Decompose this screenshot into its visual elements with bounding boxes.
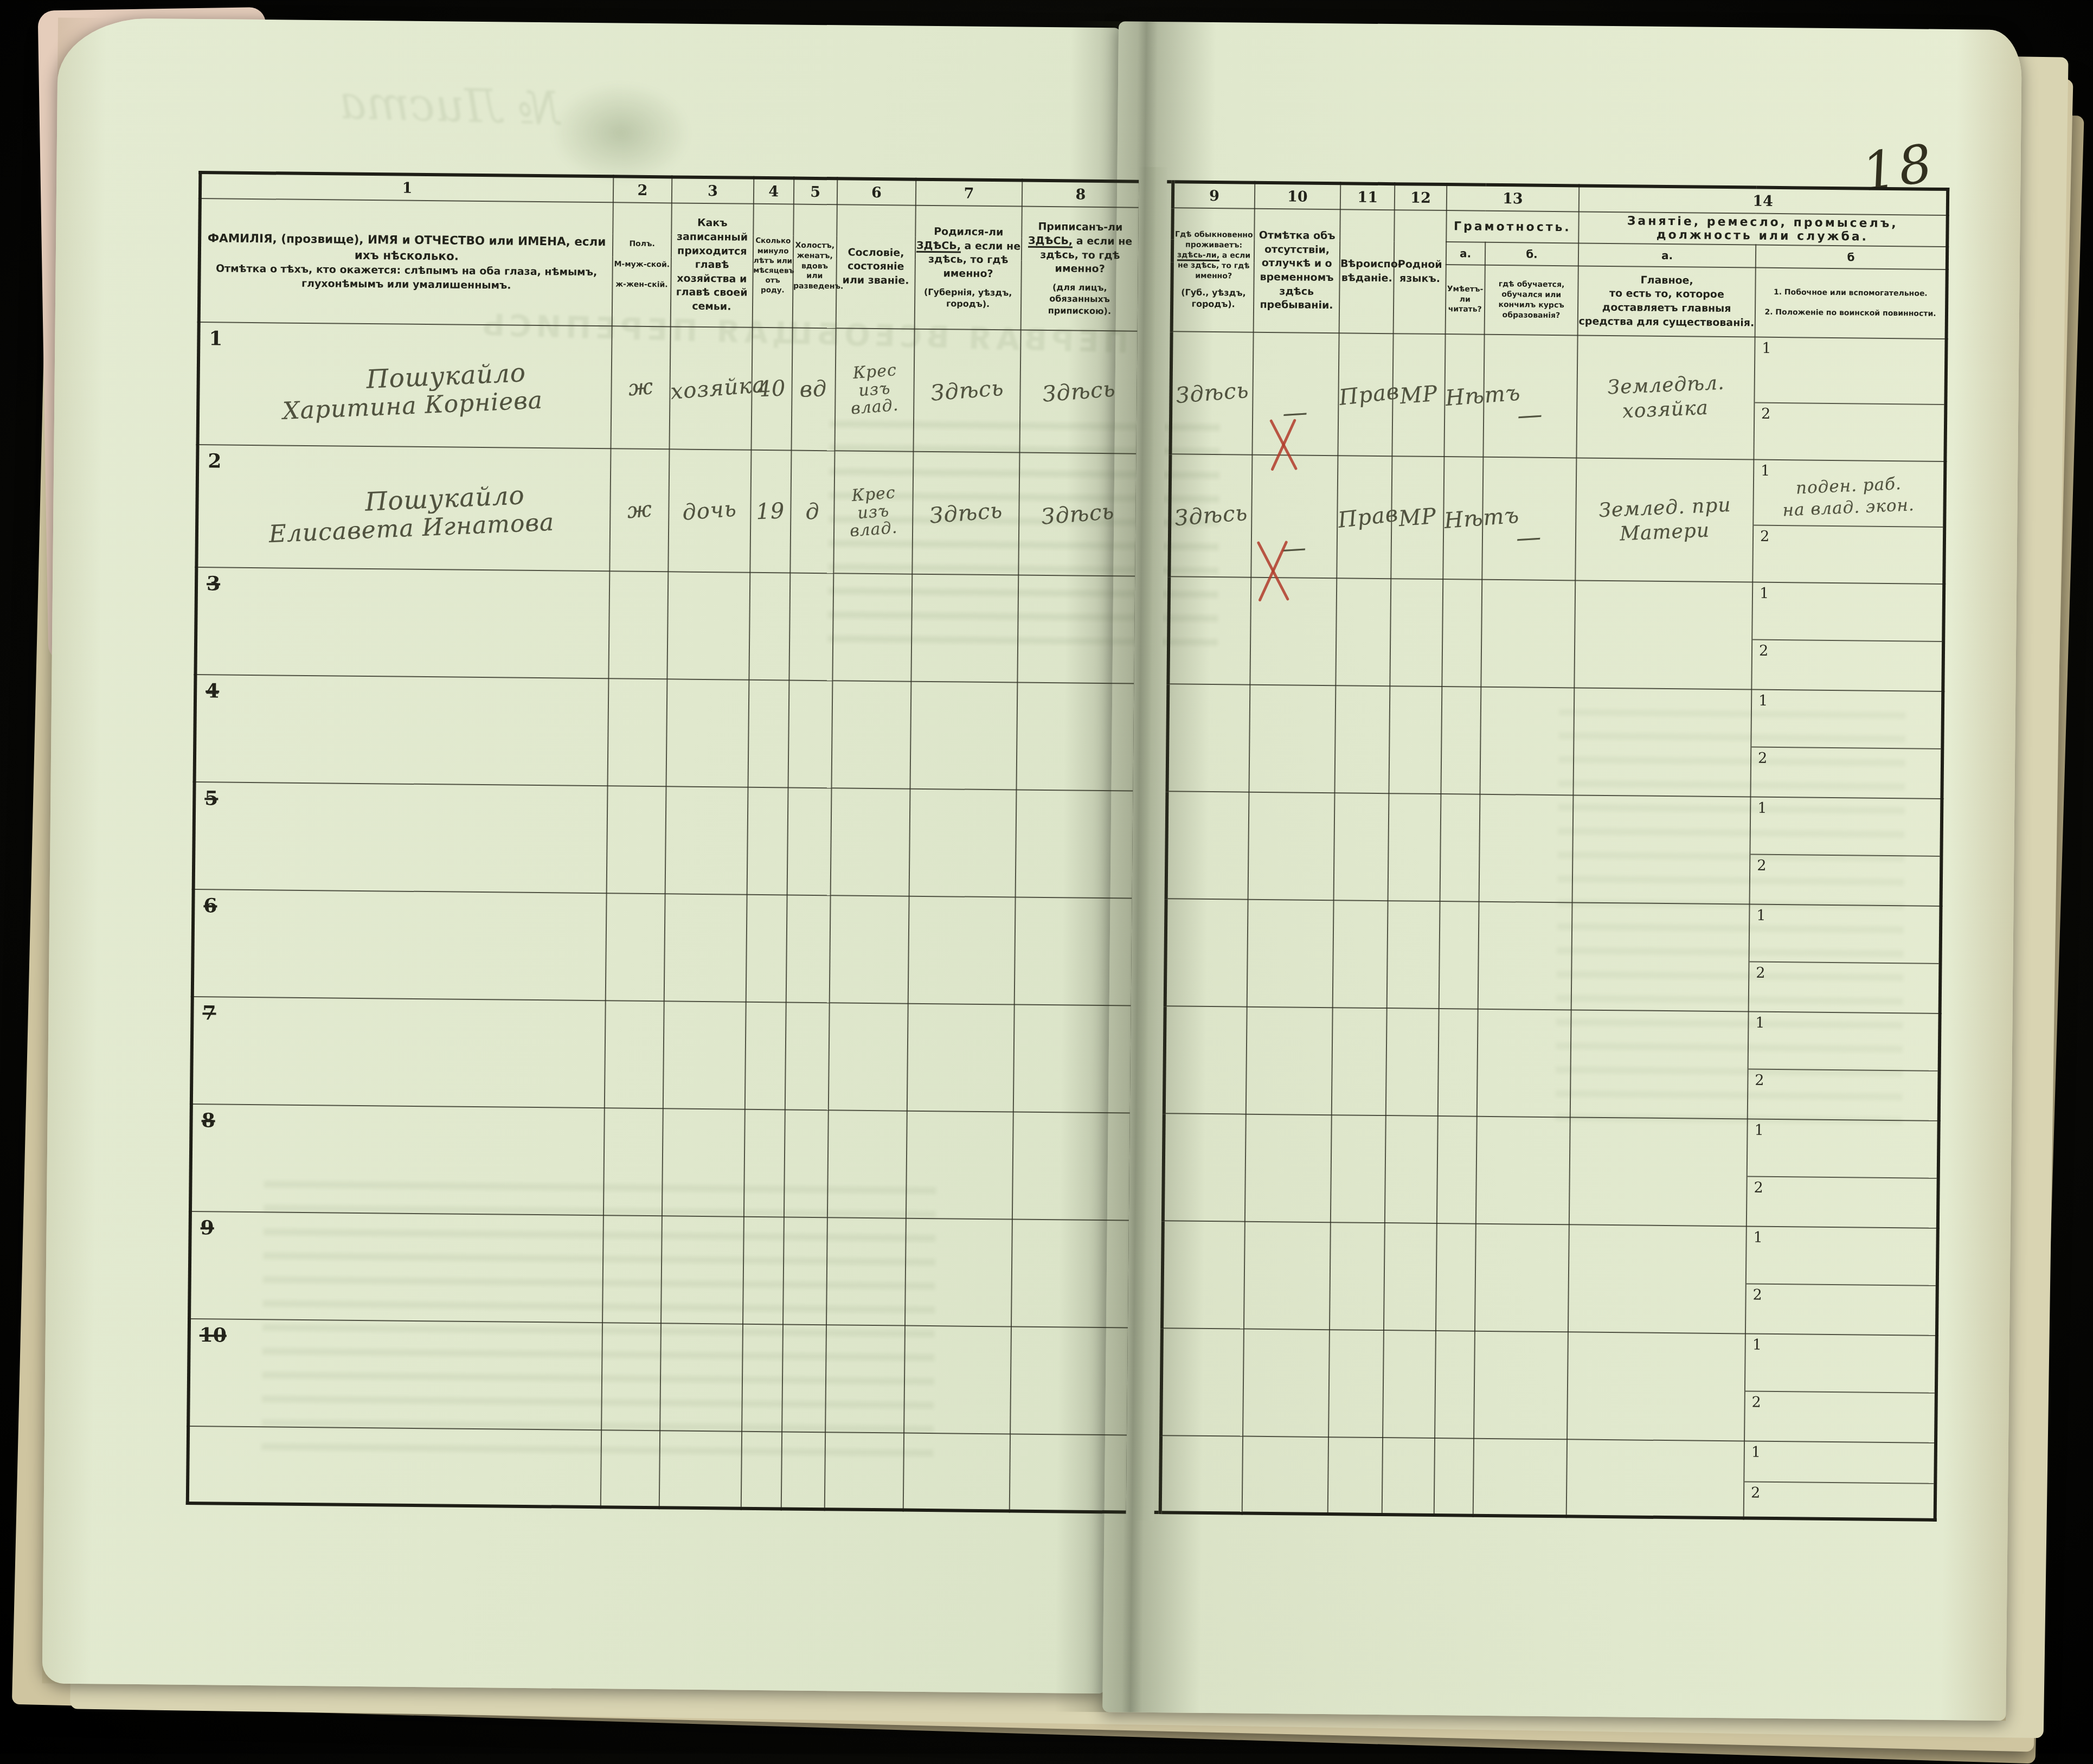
cell-side-occupation: 1 2 xyxy=(1745,1226,1938,1335)
census-table: 1 2 3 4 5 6 7 8 9 10 11 12 13 14 xyxy=(186,171,1949,1522)
col-number-4: 4 xyxy=(753,178,794,204)
header-literacy: Грамотность. xyxy=(1446,210,1579,243)
cell-born: Здѣсь xyxy=(913,452,1020,575)
cell-absence: — xyxy=(1252,332,1339,456)
cell-occupation: Землед. при Матери xyxy=(1575,458,1754,582)
header-birthplace: Родился-ли ЗДѢСЬ, а если не здѣсь, то гд… xyxy=(915,206,1022,330)
cell-lives: Здѣсь xyxy=(1171,331,1254,454)
cell-name xyxy=(188,1426,601,1507)
literacy-b-label: б. xyxy=(1485,242,1579,266)
cell-born: Здѣсь xyxy=(914,329,1021,453)
occupation-a-desc: Главное,то есть то, которое доставляетъ … xyxy=(1578,266,1756,337)
header-relation: Какъ записанный приходится главѣ хозяйст… xyxy=(671,203,754,327)
cell-side-occupation: 1 2 xyxy=(1748,1012,1940,1121)
col-number-9: 9 xyxy=(1173,182,1255,208)
cell-religion: Прав xyxy=(1337,456,1392,579)
empty-row: 4 1 2 xyxy=(195,675,1943,799)
literacy-a-label: а. xyxy=(1446,242,1485,265)
col-number-6: 6 xyxy=(837,178,916,205)
cell-name: 4 xyxy=(195,675,609,786)
cell-relation: хозяйка xyxy=(670,326,753,450)
cell-name: 7 xyxy=(191,997,606,1108)
cell-marital: вд xyxy=(791,328,836,451)
col-number-1: 1 xyxy=(200,172,613,202)
empty-row: 3 1 2 xyxy=(195,567,1944,691)
cell-occupation: Земледѣл. хозяйка xyxy=(1577,335,1755,459)
cell-relation: дочь xyxy=(668,449,751,572)
cell-language: МР xyxy=(1392,333,1445,457)
col-number-12: 12 xyxy=(1395,184,1447,210)
header-estate: Сословіе, состояніе или званіе. xyxy=(836,204,916,329)
cell-side-occupation: 1 2 xyxy=(1750,797,1942,906)
header-marital: Холостъ, женатъ, вдовъ или разведенъ. xyxy=(792,204,837,329)
col-number-3: 3 xyxy=(672,177,754,203)
header-registration: Приписанъ-ли ЗДѢСЬ, а если не здѣсь, то … xyxy=(1020,207,1140,331)
empty-row: 10 1 2 xyxy=(188,1319,1937,1443)
header-age: Сколько минуло лѣтъ или мѣсяцевъ отъ род… xyxy=(752,204,793,328)
col-number-7: 7 xyxy=(916,179,1022,207)
empty-row: 7 1 2 xyxy=(191,997,1940,1121)
cell-side-occupation: 1 2 xyxy=(1747,1119,1939,1228)
person-row: 2 Пошукайло Елисавета Игнатова ж дочь 19… xyxy=(196,445,1945,584)
cell-side-occupation: 1 поден. раб. на влад. экон. 2 xyxy=(1752,460,1945,584)
literacy-b-desc: гдѣ обучается, обучался или кончилъ курс… xyxy=(1484,265,1578,336)
cell-language: МР xyxy=(1391,456,1444,579)
book-spread: № Листа ПЕРВАЯ ВСЕОБЩАЯ ПЕРЕПИСЬ 18 1 2 … xyxy=(42,11,2043,1739)
col-number-11: 11 xyxy=(1340,183,1395,210)
cell-side-occupation: 1 2 xyxy=(1751,582,1944,691)
header-name-column: ФАМИЛІЯ, (прозвище), ИМЯ и ОТЧЕСТВО или … xyxy=(199,198,613,326)
header-residence: Гдѣ обыкновенно проживаетъ: здѣсь-ли, а … xyxy=(1172,208,1255,332)
header-occupation: Занятіе, ремесло, промыселъ, должность и… xyxy=(1578,211,1947,247)
literacy-a-desc: Умѣетъ-ли читать? xyxy=(1445,265,1485,335)
cell-side-occupation: 1 2 xyxy=(1744,1333,1937,1442)
cell-sex: ж xyxy=(609,448,669,572)
cell-name: 9 xyxy=(189,1211,603,1323)
col-number-2: 2 xyxy=(613,176,672,203)
col-number-14: 14 xyxy=(1579,185,1948,215)
military-status-2: 2 xyxy=(1753,525,1943,583)
cell-lives: Здѣсь xyxy=(1170,454,1253,577)
empty-row: 8 1 2 xyxy=(190,1104,1939,1228)
cell-registered: Здѣсь xyxy=(1018,453,1138,576)
cell-side-occupation: 1 2 xyxy=(1750,690,1943,799)
cell-name: 8 xyxy=(190,1104,605,1215)
side-occupation-1: 1 поден. раб. на влад. экон. xyxy=(1754,460,1943,528)
header-sex: Полъ.М-муж-ской.ж-жен-скій. xyxy=(612,202,672,326)
cell-literacy-a: Нѣтъ xyxy=(1444,334,1484,457)
cell-age: 40 xyxy=(751,328,792,451)
cell-name: 5 xyxy=(194,782,608,893)
col-number-5: 5 xyxy=(794,178,838,205)
empty-row: 9 1 2 xyxy=(189,1211,1938,1336)
military-status-2: 2 xyxy=(1754,402,1944,461)
empty-row: 5 1 2 xyxy=(194,782,1942,906)
cell-name: 6 xyxy=(192,889,607,1000)
cell-name: 2 Пошукайло Елисавета Игнатова xyxy=(196,445,611,571)
header-absence: Отмѣтка объ отсутствіи, отлучкѣ и о врем… xyxy=(1253,209,1340,333)
cell-name: 10 xyxy=(188,1319,602,1430)
person-row: 1 Пошукайло Харитина Корніева ж хозяйка … xyxy=(198,322,1947,461)
cell-side-occupation: 1 2 xyxy=(1754,337,1946,461)
cell-absence: — xyxy=(1251,455,1338,579)
cell-marital: д xyxy=(790,451,834,574)
cell-age: 19 xyxy=(750,450,791,573)
watermark-stamp-ghost xyxy=(550,81,692,185)
cell-name: 3 xyxy=(195,567,609,678)
cell-religion: Прав xyxy=(1338,333,1394,456)
col-number-8: 8 xyxy=(1022,181,1141,208)
cell-name: 1 Пошукайло Харитина Корніева xyxy=(198,322,612,448)
cell-estate: Крес изъ влад. xyxy=(833,451,914,574)
cell-estate: Крес изъ влад. xyxy=(834,328,915,451)
occupation-b-label: б xyxy=(1756,245,1947,270)
cell-sex: ж xyxy=(611,326,670,449)
occupation-a-label: а. xyxy=(1578,243,1756,267)
side-occupation-1: 1 xyxy=(1755,338,1944,405)
cell-side-occupation: 1 2 xyxy=(1749,905,1941,1014)
photographed-census-book: № Листа ПЕРВАЯ ВСЕОБЩАЯ ПЕРЕПИСЬ 18 1 2 … xyxy=(0,0,2093,1754)
cell-registered: Здѣсь xyxy=(1019,330,1139,454)
cell-literacy-a: Нѣтъ xyxy=(1443,457,1483,580)
header-language: Роднойязыкъ. xyxy=(1394,210,1446,334)
occupation-b-desc: 1. Побочное или вспомогательное.2. Полож… xyxy=(1755,268,1947,339)
col-number-10: 10 xyxy=(1255,183,1341,210)
col-number-13: 13 xyxy=(1446,184,1579,211)
header-religion: Вѣроиспо-вѣданіе. xyxy=(1339,209,1395,333)
partial-row: 1 2 xyxy=(188,1426,1936,1520)
cell-side-occupation: 1 2 xyxy=(1744,1441,1936,1519)
empty-row: 6 1 2 xyxy=(192,889,1941,1014)
